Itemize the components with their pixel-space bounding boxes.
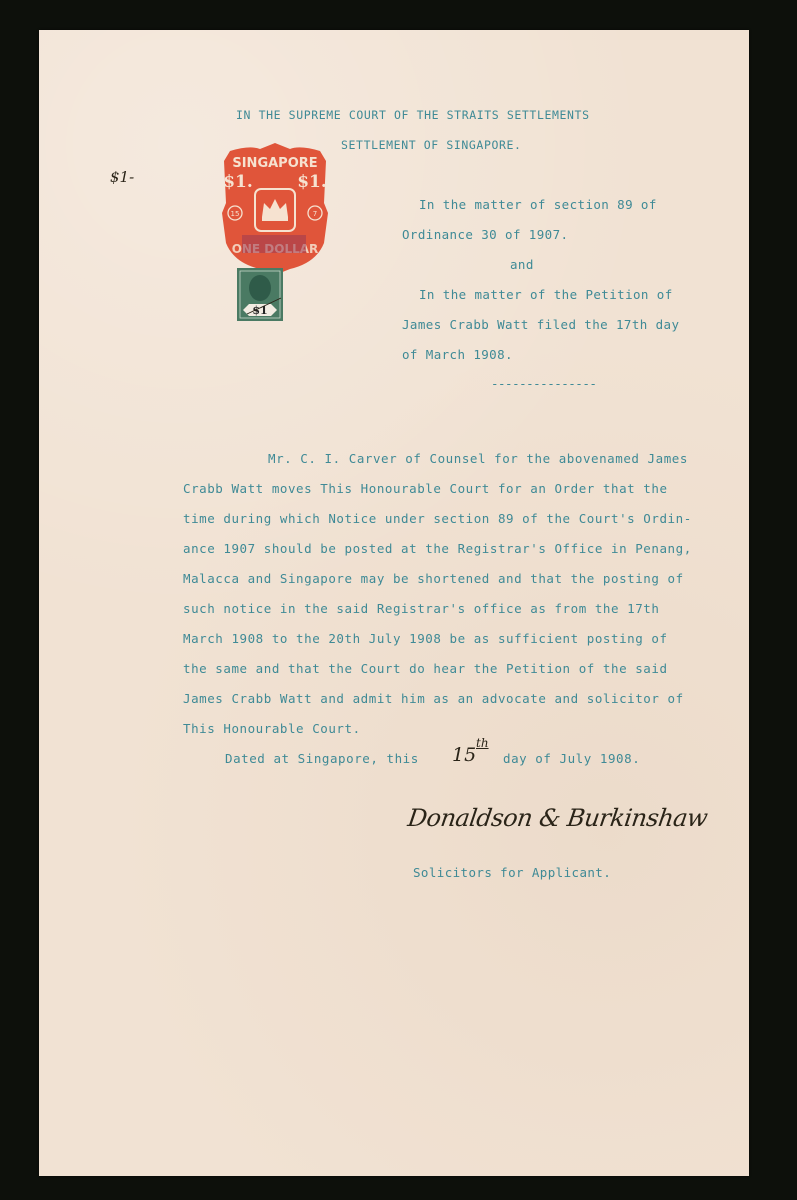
court-header-line2: SETTLEMENT OF SINGAPORE.	[341, 138, 522, 152]
dated-suffix: day of July 1908.	[503, 751, 640, 766]
body-line: James Crabb Watt and admit him as an adv…	[183, 691, 684, 706]
matter-line1: In the matter of section 89 of	[419, 197, 657, 212]
body-line: Crabb Watt moves This Honourable Court f…	[183, 481, 668, 496]
matter-line3: In the matter of the Petition of	[419, 287, 673, 302]
body-line: This Honourable Court.	[183, 721, 361, 736]
adhesive-stamp-icon: $1	[237, 268, 283, 321]
svg-text:$1.: $1.	[297, 172, 327, 192]
body-line: ance 1907 should be posted at the Regist…	[183, 541, 692, 556]
margin-note: $1-	[110, 168, 134, 186]
matter-line4: James Crabb Watt filed the 17th day	[402, 317, 679, 332]
court-header-line1: IN THE SUPREME COURT OF THE STRAITS SETT…	[236, 108, 590, 122]
svg-text:$1.: $1.	[223, 172, 253, 192]
matter-rule: ---------------	[491, 376, 596, 391]
body-line: time during which Notice under section 8…	[183, 511, 692, 526]
signatory-role: Solicitors for Applicant.	[413, 865, 611, 880]
body-line: March 1908 to the 20th July 1908 be as s…	[183, 631, 668, 646]
dated-prefix: Dated at Singapore, this	[225, 751, 419, 766]
body-line: Mr. C. I. Carver of Counsel for the abov…	[268, 451, 688, 466]
matter-connector: and	[510, 257, 534, 272]
svg-text:7: 7	[313, 210, 317, 218]
dated-day-suffix: th	[476, 736, 489, 750]
dated-day: 15	[452, 744, 476, 766]
svg-text:SINGAPORE: SINGAPORE	[232, 156, 317, 171]
body-line: such notice in the said Registrar's offi…	[183, 601, 659, 616]
signature: Donaldson & Burkinshaw	[406, 804, 709, 832]
matter-line5: of March 1908.	[402, 347, 513, 362]
body-line: the same and that the Court do hear the …	[183, 661, 668, 676]
svg-text:15: 15	[231, 210, 240, 218]
revenue-stamp-icon: SINGAPORE $1. $1. 15 7 ONE DOLLAR	[220, 143, 330, 275]
matter-line2: Ordinance 30 of 1907.	[402, 227, 568, 242]
body-line: Malacca and Singapore may be shortened a…	[183, 571, 684, 586]
